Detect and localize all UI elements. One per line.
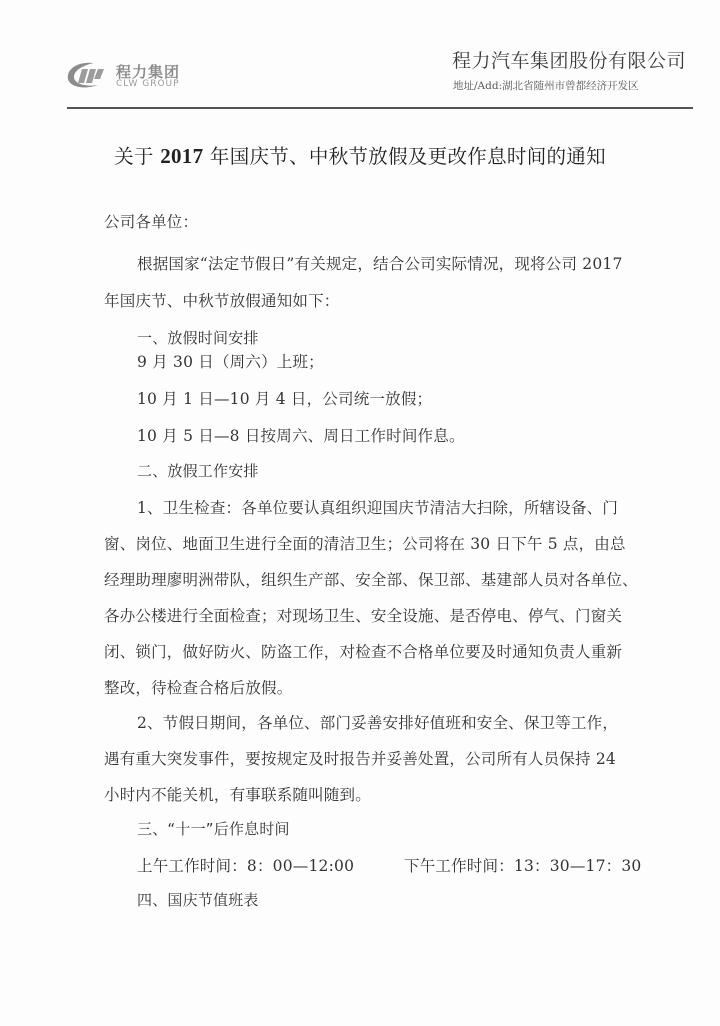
section-2-item-2-line: 2、节假日期间，各单位、部门妥善安排好值班和安全、保卫等工作， — [137, 711, 618, 733]
section-2-item-2-line: 遇有重大突发事件，要按规定及时报告并妥善处置，公司所有人员保持 24 — [104, 747, 616, 769]
salutation: 公司各单位： — [104, 210, 198, 232]
section-2-item-2-line: 小时内不能关机，有事联系随叫随到。 — [104, 783, 371, 805]
section-2-item-1-line: 窗、岗位、地面卫生进行全面的清洁卫生；公司将在 30 日下午 5 点，由总 — [104, 532, 626, 554]
section-1-item: 10 月 5 日—8 日按周六、周日工作时间作息。 — [137, 424, 465, 446]
section-1-item: 9 月 30 日（周六）上班； — [137, 350, 324, 372]
section-2-heading: 二、放假工作安排 — [137, 460, 259, 481]
letterhead: 程力集团 CLW GROUP 程力汽车集团股份有限公司 地址/Add:湖北省随州… — [0, 0, 720, 112]
header-divider — [67, 107, 693, 109]
section-2-item-1-line: 1、卫生检查：各单位要认真组织迎国庆节清洁大扫除，所辖设备、门 — [137, 496, 618, 518]
afternoon-hours: 下午工作时间：13：30—17：30 — [404, 854, 642, 876]
section-2-item-1-line: 整改，待检查合格后放假。 — [104, 676, 292, 698]
morning-hours: 上午工作时间：8：00—12:00 — [137, 854, 354, 876]
title-suffix: 年国庆节、中秋节放假及更改作息时间的通知 — [210, 145, 606, 168]
intro-line-1: 根据国家“法定节假日”有关规定，结合公司实际情况，现将公司 2017 — [137, 252, 623, 274]
section-4-heading: 四、国庆节值班表 — [137, 889, 259, 910]
clw-logo-icon — [64, 59, 108, 91]
title-prefix: 关于 — [114, 145, 154, 168]
company-logo: 程力集团 CLW GROUP — [64, 57, 214, 97]
section-2-item-1-line: 经理助理廖明洲带队，组织生产部、安全部、保卫部、基建部人员对各单位、 — [104, 568, 638, 590]
company-name: 程力汽车集团股份有限公司 — [452, 46, 686, 73]
section-3-heading: 三、“十一”后作息时间 — [137, 818, 290, 839]
document-title: 关于 2017 年国庆节、中秋节放假及更改作息时间的通知 — [0, 141, 720, 169]
intro-line-2: 年国庆节、中秋节放假通知如下： — [104, 289, 340, 311]
company-address: 地址/Add:湖北省随州市曾都经济开发区 — [453, 78, 639, 93]
logo-english-text: CLW GROUP — [116, 79, 180, 89]
title-year: 2017 — [160, 144, 203, 168]
section-2-item-1-line: 闭、锁门，做好防火、防盗工作，对检查不合格单位要及时通知负责人重新 — [104, 640, 622, 662]
section-1-item: 10 月 1 日—10 月 4 日，公司统一放假； — [137, 387, 432, 409]
section-2-item-1-line: 各办公楼进行全面检查；对现场卫生、安全设施、是否停电、停气、门窗关 — [104, 604, 622, 626]
section-1-heading: 一、放假时间安排 — [137, 327, 259, 348]
